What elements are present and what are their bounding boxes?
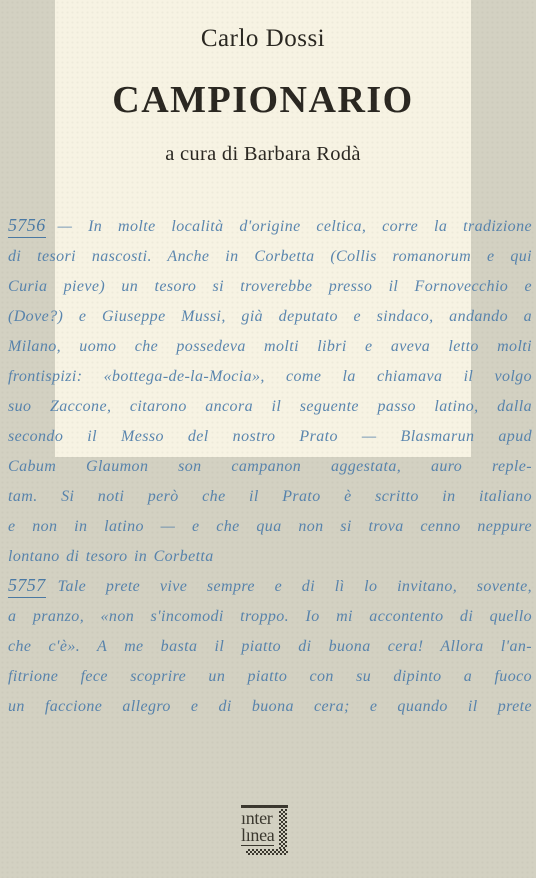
manuscript-line: Cabum Glaumon son campanon aggestata, au…	[8, 452, 532, 482]
manuscript-line: lontano di tesoro in Corbetta	[8, 542, 532, 572]
manuscript-line: e non in latino — e che qua non si trova…	[8, 512, 532, 542]
manuscript-line-text: — In molte località d'origine celtica, c…	[58, 218, 532, 235]
author-name: Carlo Dossi	[55, 25, 471, 53]
manuscript-line: a pranzo, «non s'incomodi troppo. Io mi …	[8, 602, 532, 632]
manuscript-line: Milano, uomo che possedeva molti libri e…	[8, 332, 532, 362]
manuscript-line: 5757Tale prete vive sempre e di lì lo in…	[8, 572, 532, 602]
logo-right-border	[279, 809, 287, 849]
manuscript-line-text: Tale prete vive sempre e di lì lo invita…	[58, 578, 532, 595]
logo-bottom-border	[246, 849, 288, 855]
publisher-name-line2: lınea	[241, 826, 274, 846]
manuscript-text: 5756— In molte località d'origine celtic…	[8, 212, 532, 722]
entry-number-5756: 5756	[8, 214, 46, 238]
manuscript-line: (Dove?) e Giuseppe Mussi, già deputato e…	[8, 302, 532, 332]
publisher-logo: ınter lınea	[240, 804, 290, 854]
manuscript-line: secondo il Messo del nostro Prato — Blas…	[8, 422, 532, 452]
manuscript-line: un faccione allegro e di buona cera; e q…	[8, 692, 532, 722]
title-block: Carlo Dossi CAMPIONARIO a cura di Barbar…	[55, 0, 471, 166]
manuscript-line: tam. Si noti però che il Prato è scritto…	[8, 482, 532, 512]
book-title: CAMPIONARIO	[55, 80, 471, 122]
manuscript-line: suo Zaccone, citarono ancora il seguente…	[8, 392, 532, 422]
entry-number-5757: 5757	[8, 574, 46, 598]
manuscript-line: frontispizi: «bottega-de-la-Mocia», come…	[8, 362, 532, 392]
manuscript-line: fitrione fece scoprire un piatto con su …	[8, 662, 532, 692]
book-cover: 5756— In molte località d'origine celtic…	[0, 0, 536, 878]
manuscript-line: 5756— In molte località d'origine celtic…	[8, 212, 532, 242]
manuscript-line: che c'è». A me basta il piatto di buona …	[8, 632, 532, 662]
manuscript-line: di tesori nascosti. Anche in Corbetta (C…	[8, 242, 532, 272]
manuscript-line: Curia pieve) un tesoro si troverebbe pre…	[8, 272, 532, 302]
editor-credit: a cura di Barbara Rodà	[55, 143, 471, 166]
